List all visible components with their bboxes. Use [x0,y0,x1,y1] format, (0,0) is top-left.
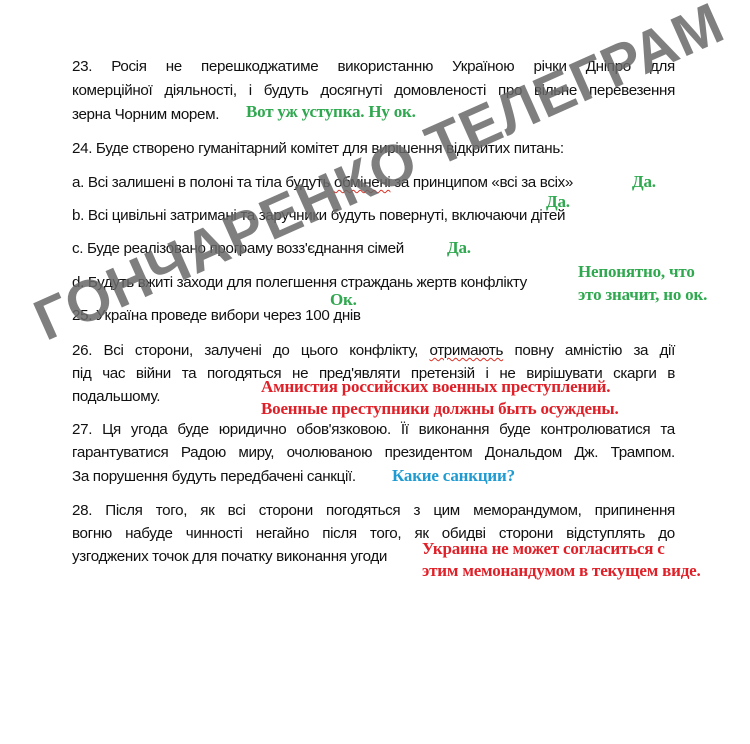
word: в [667,365,675,383]
word: обов'язковою. [296,421,390,439]
word: Її [401,421,409,439]
word: того, [156,502,187,520]
word: президентом [385,444,473,462]
word: 26. [72,342,92,360]
word: очолюваною [287,444,372,462]
word: не [166,58,182,76]
word: юридично [219,421,287,439]
word: угода [131,421,167,439]
word: гарантуватися [72,444,168,462]
p28-line3: узгоджених точок для початку виконання у… [72,548,387,566]
word: з [414,502,421,520]
word: Дональдом [485,444,562,462]
word: до [273,342,290,360]
p23-line3: зерна Чорним морем. [72,106,219,124]
p26-line1: 26.Всісторони,залученідоцьогоконфлікту,о… [72,342,675,360]
word: про [498,82,522,100]
spellcheck-word: обмінені [334,174,390,191]
comment-p24c: Да. [447,238,471,258]
comment-p26-line2: Военные преступники должны быть осуждены… [261,399,619,419]
word: і [249,82,252,100]
word: вільне [534,82,577,100]
p24-item-c: c. Буде реалізовано програму возз'єднанн… [72,240,404,258]
word: Дж. [575,444,599,462]
word: Дніпро [586,58,631,76]
word: набуде [125,525,173,543]
word: амністію [565,342,622,360]
comment-p23: Вот уж уступка. Ну ок. [246,102,416,122]
word: будуть [264,82,309,100]
p23-line1: 23.РосіянеперешкоджатимевикористаннюУкра… [72,58,675,76]
word: цим [433,502,460,520]
word: під [72,365,91,383]
word: Після [105,502,142,520]
word: чинності [186,525,243,543]
comment-p26-line1: Амнистия российских военных преступлений… [261,377,610,397]
comment-p28-line1: Украина не может согласиться с [422,539,665,559]
p25-text: 25. Україна проведе вибори через 100 дні… [72,307,361,325]
comment-p24a: Да. [632,172,656,192]
comment-p24d-line1: Непонятно, что [578,262,695,282]
word: миру, [238,444,274,462]
word: 23. [72,58,92,76]
word: та [660,421,675,439]
word: комерційної [72,82,152,100]
word: контролюватися [541,421,651,439]
word: буде [177,421,208,439]
word: меморандумом, [473,502,581,520]
word: залучені [204,342,261,360]
word: сторони [259,502,313,520]
word: для [650,58,675,76]
word: досягнуті [320,82,382,100]
word: домовленості [394,82,486,100]
word: погодяться [326,502,400,520]
p24-item-d: d. Будуть вжиті заходи для полегшення ст… [72,274,527,292]
word: Радою [181,444,226,462]
word: Україною [452,58,514,76]
p24-a-text-end: за принципом «всі за всіх» [390,174,573,191]
p27-line3: За порушення будуть передбачені санкції. [72,468,356,486]
word: всі [228,502,246,520]
word: за [633,342,648,360]
word: негайно [256,525,309,543]
word: 27. [72,421,92,439]
word: конфлікту, [349,342,418,360]
word: після [322,525,357,543]
p26-line3: подальшому. [72,388,160,406]
spellcheck-word: отримають [429,342,503,360]
p27-line1: 27.Цяугодабудеюридичнообов'язковою.Їївик… [72,421,675,439]
comment-p24d-line2: это значит, но ок. [578,285,707,305]
word: припинення [595,502,675,520]
p23-line2: комерційноїдіяльності,ібудутьдосягнутідо… [72,82,675,100]
word: сторони, [135,342,193,360]
p24-item-b: b. Всі цивільні затримані та заручники б… [72,207,565,225]
word: як [200,502,214,520]
word: 28. [72,502,92,520]
p27-line2: гарантуватисяРадоюмиру,очолюваноюпрезиде… [72,444,675,462]
word: того, [370,525,401,543]
word: повну [515,342,554,360]
word: діяльності, [164,82,236,100]
p24-heading: 24. Буде створено гуманітарний комітет д… [72,140,564,158]
word: Трампом. [611,444,675,462]
word: перешкоджатиме [201,58,318,76]
p24-item-a: a. Всі залишені в полоні та тіла будуть … [72,174,573,192]
word: Росія [111,58,146,76]
word: дії [660,342,675,360]
word: виконання [419,421,490,439]
word: вогню [72,525,112,543]
comment-p27: Какие санкции? [392,466,515,486]
document-page: 23.РосіянеперешкоджатимевикористаннюУкра… [0,0,750,744]
word: скарги [613,365,656,383]
word: буде [499,421,530,439]
word: Ця [102,421,121,439]
p24-a-text: a. Всі залишені в полоні та тіла будуть [72,174,334,191]
word: використанню [337,58,433,76]
comment-p28-line2: этим мемонандумом в текущем виде. [422,561,701,581]
word: Всі [103,342,123,360]
word: час [102,365,125,383]
word: перевезення [589,82,675,100]
p28-line1: 28.Післятого,яквсісторонипогодятьсязцимм… [72,502,675,520]
word: цього [301,342,338,360]
word: війни [136,365,171,383]
word: річки [533,58,566,76]
word: та [182,365,197,383]
